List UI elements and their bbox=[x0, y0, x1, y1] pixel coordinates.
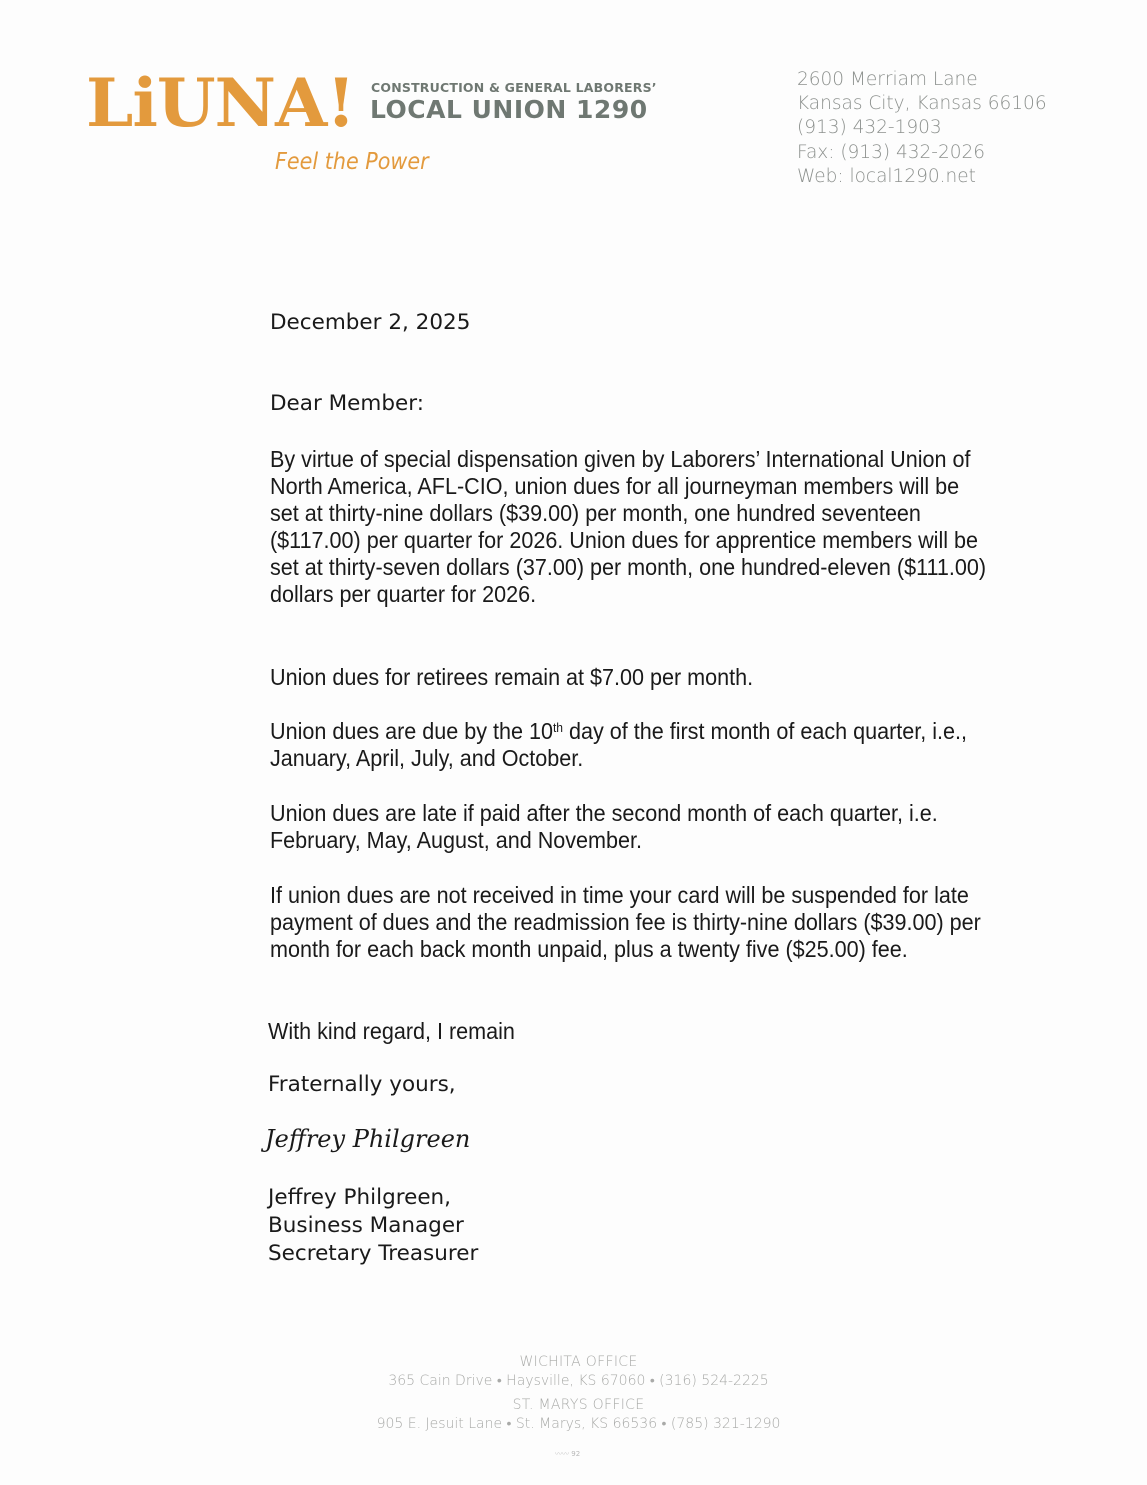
st-marys-office-address: 905 E. Jesuit Lane • St. Marys, KS 66536… bbox=[0, 1415, 1147, 1432]
signer-name: Jeffrey Philgreen, bbox=[268, 1184, 478, 1212]
late-dues-paragraph: Union dues are late if paid after the se… bbox=[270, 800, 986, 854]
dues-rates-paragraph: By virtue of special dispensation given … bbox=[270, 446, 986, 608]
suspension-paragraph: If union dues are not received in time y… bbox=[270, 882, 986, 963]
contact-fax: Fax: (913) 432-2026 bbox=[797, 141, 1047, 165]
signer-title-1: Business Manager bbox=[268, 1212, 478, 1240]
due-date-paragraph: Union dues are due by the 10th day of th… bbox=[270, 718, 986, 772]
letter-date: December 2, 2025 bbox=[270, 310, 470, 335]
due-text-sup: th bbox=[553, 720, 563, 735]
footer: WICHITA OFFICE 365 Cain Drive • Haysvill… bbox=[0, 1354, 1147, 1440]
signer-title-2: Secretary Treasurer bbox=[268, 1240, 478, 1268]
contact-web: Web: local1290.net bbox=[797, 165, 1047, 189]
closing-line: With kind regard, I remain bbox=[268, 1018, 515, 1045]
salutation: Dear Member: bbox=[270, 391, 424, 416]
union-bug-icon: 〰〰 92 bbox=[555, 1449, 580, 1459]
contact-city: Kansas City, Kansas 66106 bbox=[797, 92, 1047, 116]
contact-block: 2600 Merriam Lane Kansas City, Kansas 66… bbox=[797, 68, 1047, 189]
signer-block: Jeffrey Philgreen, Business Manager Secr… bbox=[268, 1184, 478, 1268]
tagline: Feel the Power bbox=[275, 149, 429, 175]
liuna-logo: LiUNA! bbox=[86, 70, 355, 136]
org-subtitle: CONSTRUCTION & GENERAL LABORERS’ bbox=[371, 80, 657, 95]
contact-street: 2600 Merriam Lane bbox=[797, 68, 1047, 92]
complimentary-close: Fraternally yours, bbox=[268, 1072, 456, 1097]
retiree-dues-paragraph: Union dues for retirees remain at $7.00 … bbox=[270, 664, 986, 691]
due-text-before: Union dues are due by the 10 bbox=[270, 718, 553, 744]
wichita-office-name: WICHITA OFFICE bbox=[0, 1354, 1147, 1370]
st-marys-office-name: ST. MARYS OFFICE bbox=[0, 1397, 1147, 1413]
signature: Jeffrey Philgreen bbox=[265, 1125, 470, 1153]
contact-phone: (913) 432-1903 bbox=[797, 116, 1047, 140]
org-name: LOCAL UNION 1290 bbox=[370, 95, 648, 124]
union-bug-number: 92 bbox=[571, 1450, 580, 1458]
wichita-office-address: 365 Cain Drive • Haysville, KS 67060 • (… bbox=[0, 1372, 1147, 1389]
